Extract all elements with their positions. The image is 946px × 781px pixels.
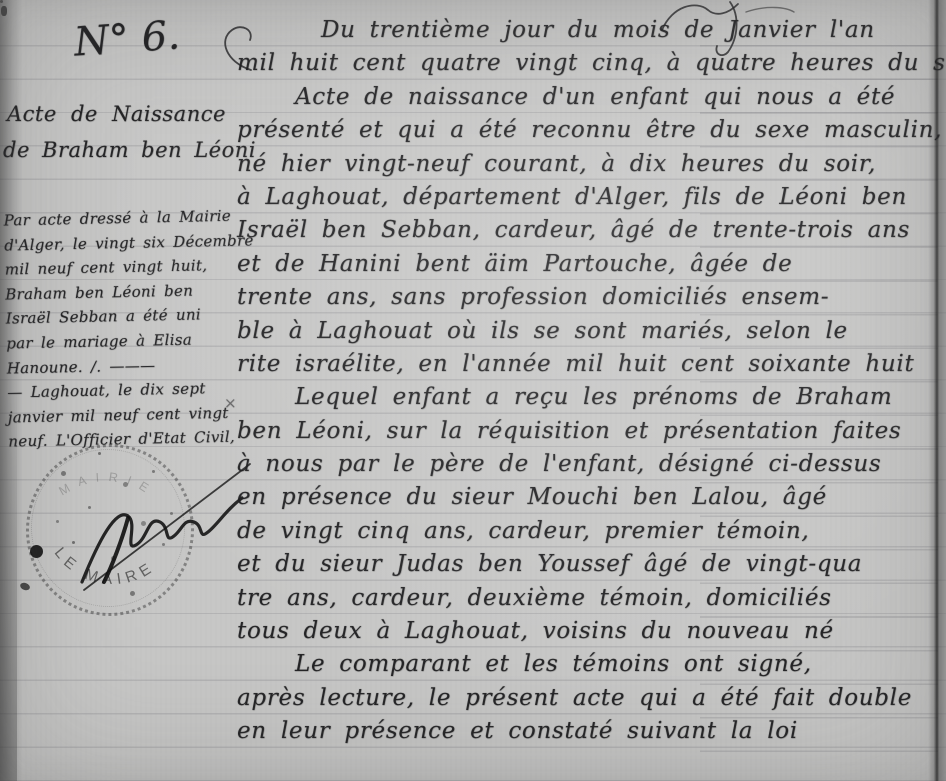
act-line: rite israélite, en l'année mil huit cent… [237, 348, 946, 381]
act-line: Lequel enfant a reçu les prénoms de Brah… [237, 381, 946, 414]
margin-note-line: mil neuf cent vingt huit, [4, 253, 240, 283]
act-line: et de Hanini bent äim Partouche, âgée de [237, 248, 946, 281]
margin-marriage-note: Par acte dressé à la Mairie d'Alger, le … [3, 204, 244, 455]
act-line: Israël ben Sebban, cardeur, âgé de trent… [237, 214, 946, 247]
margin-act-title: Acte de Naissance [7, 102, 226, 126]
act-line: ben Léoni, sur la réquisition et présent… [237, 415, 946, 448]
act-line: ble à Laghouat où ils se sont mariés, se… [237, 315, 946, 348]
register-page-scan: N° 6. Acte de Naissance de Braham ben Lé… [0, 0, 946, 781]
act-line: de vingt cinq ans, cardeur, premier témo… [237, 515, 946, 548]
act-line: après lecture, le présent acte qui a été… [237, 682, 946, 715]
act-line: en leur présence et constaté suivant la … [237, 715, 946, 748]
act-line: présenté et qui a été reconnu être du se… [237, 114, 946, 147]
act-line: mil huit cent quatre vingt cinq, à quatr… [237, 47, 946, 80]
act-line: Le comparant et les témoins ont signé, [237, 648, 946, 681]
act-line: Du trentième jour du mois de Janvier l'a… [237, 14, 946, 47]
paragraph-mark: × [224, 394, 237, 412]
ink-speck [1, 6, 7, 16]
act-line: en présence du sieur Mouchi ben Lalou, â… [237, 481, 946, 514]
act-line: tous deux à Laghouat, voisins du nouveau… [237, 615, 946, 648]
act-line: à nous par le père de l'enfant, désigné … [237, 448, 946, 481]
act-line: né hier vingt-neuf courant, à dix heures… [237, 148, 946, 181]
act-line: tre ans, cardeur, deuxième témoin, domic… [237, 582, 946, 615]
act-body-text: Du trentième jour du mois de Janvier l'a… [237, 14, 946, 749]
act-number: N° 6. [73, 12, 182, 65]
margin-act-subject: de Braham ben Léoni [3, 138, 256, 162]
act-line: et du sieur Judas ben Youssef âgé de vin… [237, 548, 946, 581]
act-line: Acte de naissance d'un enfant qui nous a… [237, 81, 946, 114]
act-line: trente ans, sans profession domiciliés e… [237, 281, 946, 314]
ink-blot [30, 545, 43, 558]
stamp-speckles [0, 0, 3, 3]
act-line: à Laghouat, département d'Alger, fils de… [237, 181, 946, 214]
mayor-signature [52, 438, 267, 613]
